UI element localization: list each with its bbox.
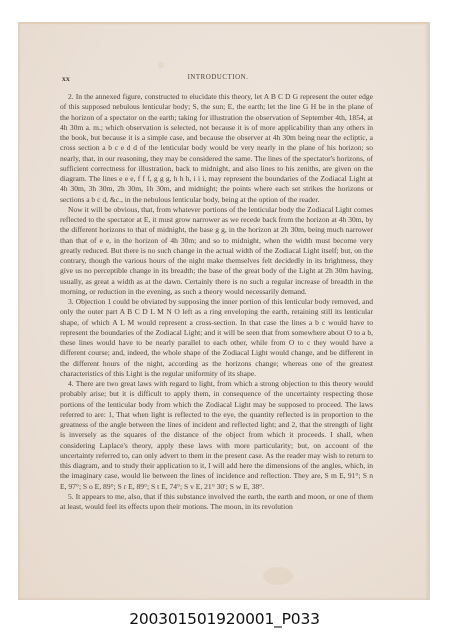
paragraph-5: 5. It appears to me, also, that if this …	[60, 492, 373, 513]
running-head: xx INTRODUCTION.	[62, 74, 374, 86]
image-caption: 200301501920001_P033	[0, 610, 449, 628]
paragraph-continued: Now it will be obvious, that, from whate…	[60, 205, 373, 297]
paragraph-2: 2. In the annexed figure, constructed to…	[60, 92, 373, 205]
paper-stain	[263, 567, 293, 585]
page-edge	[18, 22, 428, 24]
body-text: 2. In the annexed figure, constructed to…	[60, 92, 373, 512]
paper-spot	[158, 62, 164, 68]
scanned-page: xx INTRODUCTION. 2. In the annexed figur…	[18, 22, 430, 600]
running-title: INTRODUCTION.	[62, 74, 374, 81]
paragraph-4: 4. There are two great laws with regard …	[60, 379, 373, 492]
paragraph-3: 3. Objection 1 could be obviated by supp…	[60, 297, 373, 379]
